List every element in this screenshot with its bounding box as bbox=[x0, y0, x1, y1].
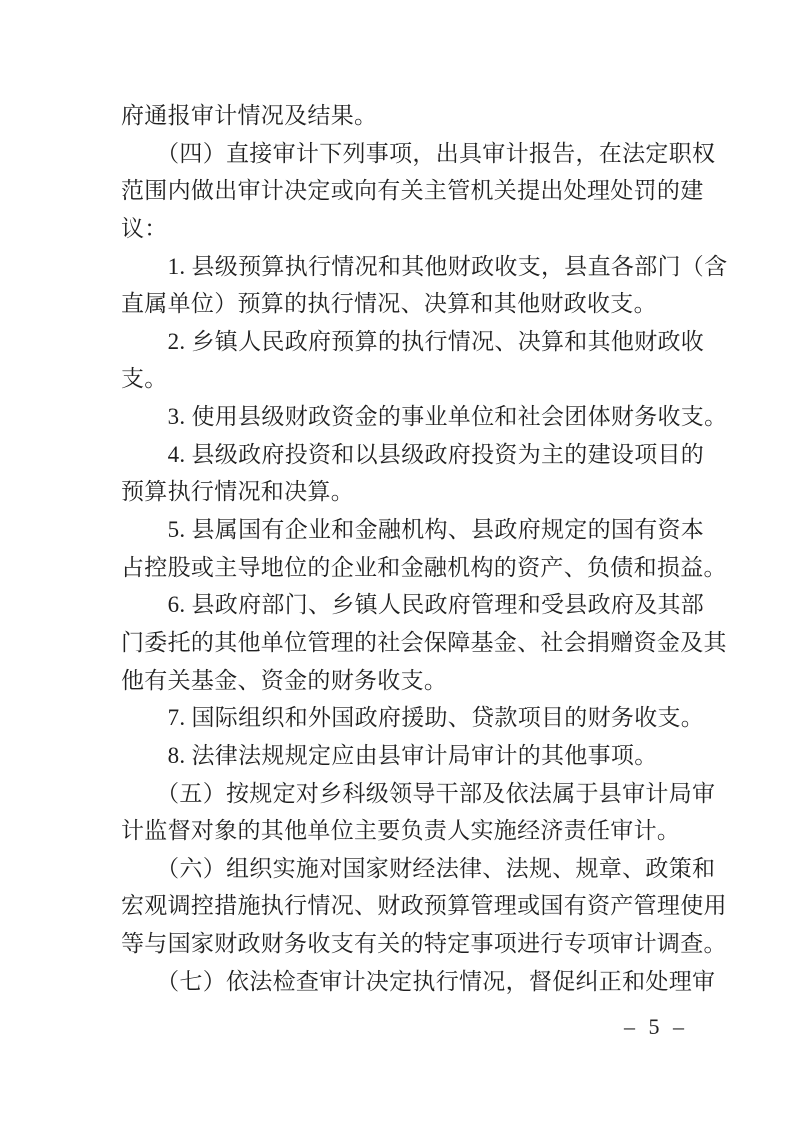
text-line: 预算执行情况和决算。 bbox=[121, 473, 711, 511]
text-line: 4. 县级政府投资和以县级政府投资为主的建设项目的 bbox=[121, 436, 711, 474]
text-line: 8. 法律法规规定应由县审计局审计的其他事项。 bbox=[121, 737, 711, 775]
text-line: 6. 县政府部门、乡镇人民政府管理和受县政府及其部 bbox=[121, 586, 711, 624]
text-line: 他有关基金、资金的财务收支。 bbox=[121, 662, 711, 700]
text-line: 等与国家财政财务收支有关的特定事项进行专项审计调查。 bbox=[121, 925, 711, 963]
text-line: 2. 乡镇人民政府预算的执行情况、决算和其他财政收 bbox=[121, 323, 711, 361]
text-line: 计监督对象的其他单位主要负责人实施经济责任审计。 bbox=[121, 812, 711, 850]
text-line: 府通报审计情况及结果。 bbox=[121, 97, 711, 135]
text-line: （七）依法检查审计决定执行情况，督促纠正和处理审 bbox=[121, 963, 711, 1001]
text-line: （六）组织实施对国家财经法律、法规、规章、政策和 bbox=[121, 850, 711, 888]
text-line: 5. 县属国有企业和金融机构、县政府规定的国有资本 bbox=[121, 511, 711, 549]
text-line: 议： bbox=[121, 210, 711, 248]
text-line: 1. 县级预算执行情况和其他财政收支，县直各部门（含 bbox=[121, 248, 711, 286]
text-line: 范围内做出审计决定或向有关主管机关提出处理处罚的建 bbox=[121, 172, 711, 210]
text-line: 支。 bbox=[121, 360, 711, 398]
text-line: （五）按规定对乡科级领导干部及依法属于县审计局审 bbox=[121, 775, 711, 813]
page-number: – 5 – bbox=[624, 1014, 688, 1040]
text-line: 门委托的其他单位管理的社会保障基金、社会捐赠资金及其 bbox=[121, 624, 711, 662]
document-page: 府通报审计情况及结果。 （四）直接审计下列事项，出具审计报告，在法定职权 范围内… bbox=[0, 0, 793, 1122]
text-line: 占控股或主导地位的企业和金融机构的资产、负债和损益。 bbox=[121, 549, 711, 587]
text-line: 直属单位）预算的执行情况、决算和其他财政收支。 bbox=[121, 285, 711, 323]
document-body: 府通报审计情况及结果。 （四）直接审计下列事项，出具审计报告，在法定职权 范围内… bbox=[121, 97, 711, 1000]
text-line: 3. 使用县级财政资金的事业单位和社会团体财务收支。 bbox=[121, 398, 711, 436]
text-line: 宏观调控措施执行情况、财政预算管理或国有资产管理使用 bbox=[121, 887, 711, 925]
text-line: 7. 国际组织和外国政府援助、贷款项目的财务收支。 bbox=[121, 699, 711, 737]
text-line: （四）直接审计下列事项，出具审计报告，在法定职权 bbox=[121, 135, 711, 173]
